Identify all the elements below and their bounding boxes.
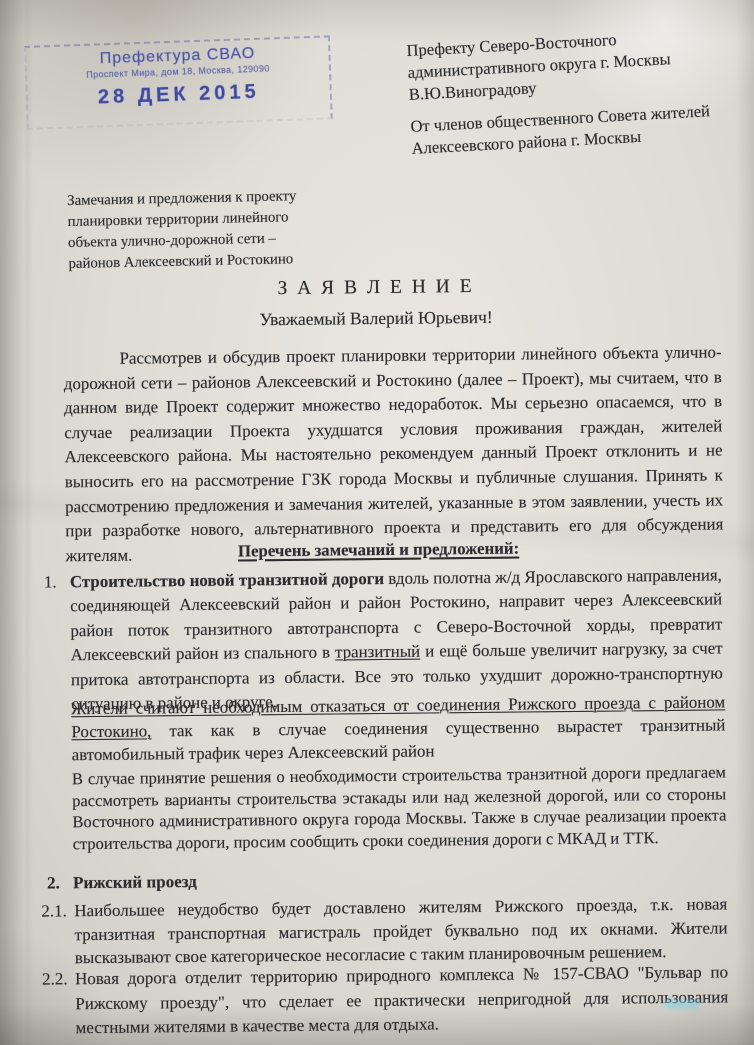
item-1-paragraph-2: Жители считают необходимым отказаться от… [71,690,726,766]
watermark [664,1000,700,1009]
item-number: 2. [47,871,73,896]
item-1-para-2-rest: так как в случае соединения существенно … [72,715,726,764]
intro-paragraph: Рассмотрев и обсудив проект планировки т… [63,340,723,568]
item-text: Новая дорога отделит территорию природно… [75,960,729,1041]
list-item-2-2: 2.2. Новая дорога отделит территорию при… [42,960,729,1041]
item-1-underlined-word: транзитный [335,642,420,662]
document-title: З А Я В Л Е Н И Е [0,273,753,303]
list-item-2: 2. Рижский проезд [47,870,197,896]
scanned-letter-page: Префектура СВАО Проспект Мира, дом 18, М… [0,0,754,1045]
item-text: Наибольшее неудобство будет доставлено ж… [74,892,728,969]
salutation: Уважаемый Валерий Юрьевич! [0,304,753,333]
list-item-2-1: 2.1. Наибольшее неудобство будет доставл… [41,892,728,970]
item-1-paragraph-3: В случае принятие решения о необходимост… [72,761,727,854]
item-2-title: Рижский проезд [73,870,197,896]
item-number: 2.2. [42,967,76,1041]
item-1-lead: Строительство новой транзитной дороги [70,569,384,591]
letter-body: З А Я В Л Е Н И Е Уважаемый Валерий Юрье… [0,0,754,1045]
list-heading-underline: Перечень замечаний и предложений: [238,539,519,561]
item-number: 2.1. [41,899,75,970]
item-number: 1. [44,570,72,717]
